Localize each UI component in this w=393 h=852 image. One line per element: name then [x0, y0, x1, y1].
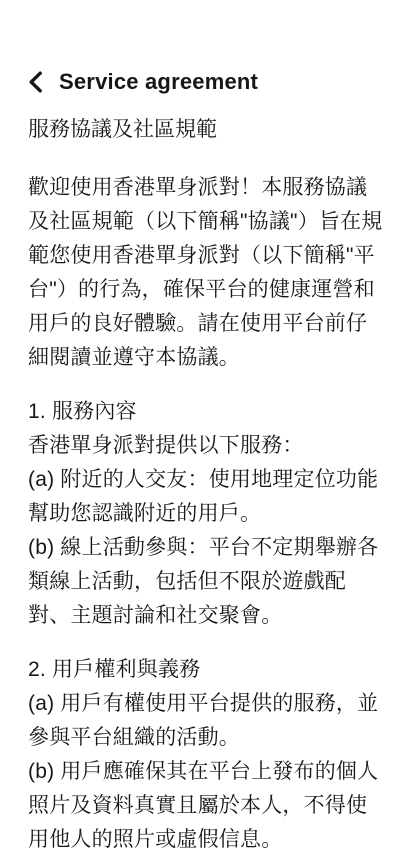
header: Service agreement	[28, 67, 373, 97]
agreement-subtitle: 服務協議及社區規範	[28, 116, 373, 144]
page-title: Service agreement	[59, 69, 258, 95]
agreement-section-1-service-content: 1. 服務內容 香港單身派對提供以下服務： (a) 附近的人交友：使用地理定位功…	[28, 395, 373, 633]
service-agreement-screen: Service agreement 服務協議及社區規範 歡迎使用香港單身派對！本…	[0, 0, 393, 852]
agreement-intro-paragraph: 歡迎使用香港單身派對！本服務協議 及社區規範（以下簡稱"協議"）旨在規 範您使用…	[28, 171, 373, 375]
agreement-content: 服務協議及社區規範 歡迎使用香港單身派對！本服務協議 及社區規範（以下簡稱"協議…	[28, 116, 373, 852]
back-button[interactable]	[28, 70, 46, 94]
agreement-section-2-user-rights: 2. 用戶權利與義務 (a) 用戶有權使用平台提供的服務，並 參與平台組織的活動…	[28, 653, 373, 852]
chevron-left-icon	[28, 71, 43, 93]
